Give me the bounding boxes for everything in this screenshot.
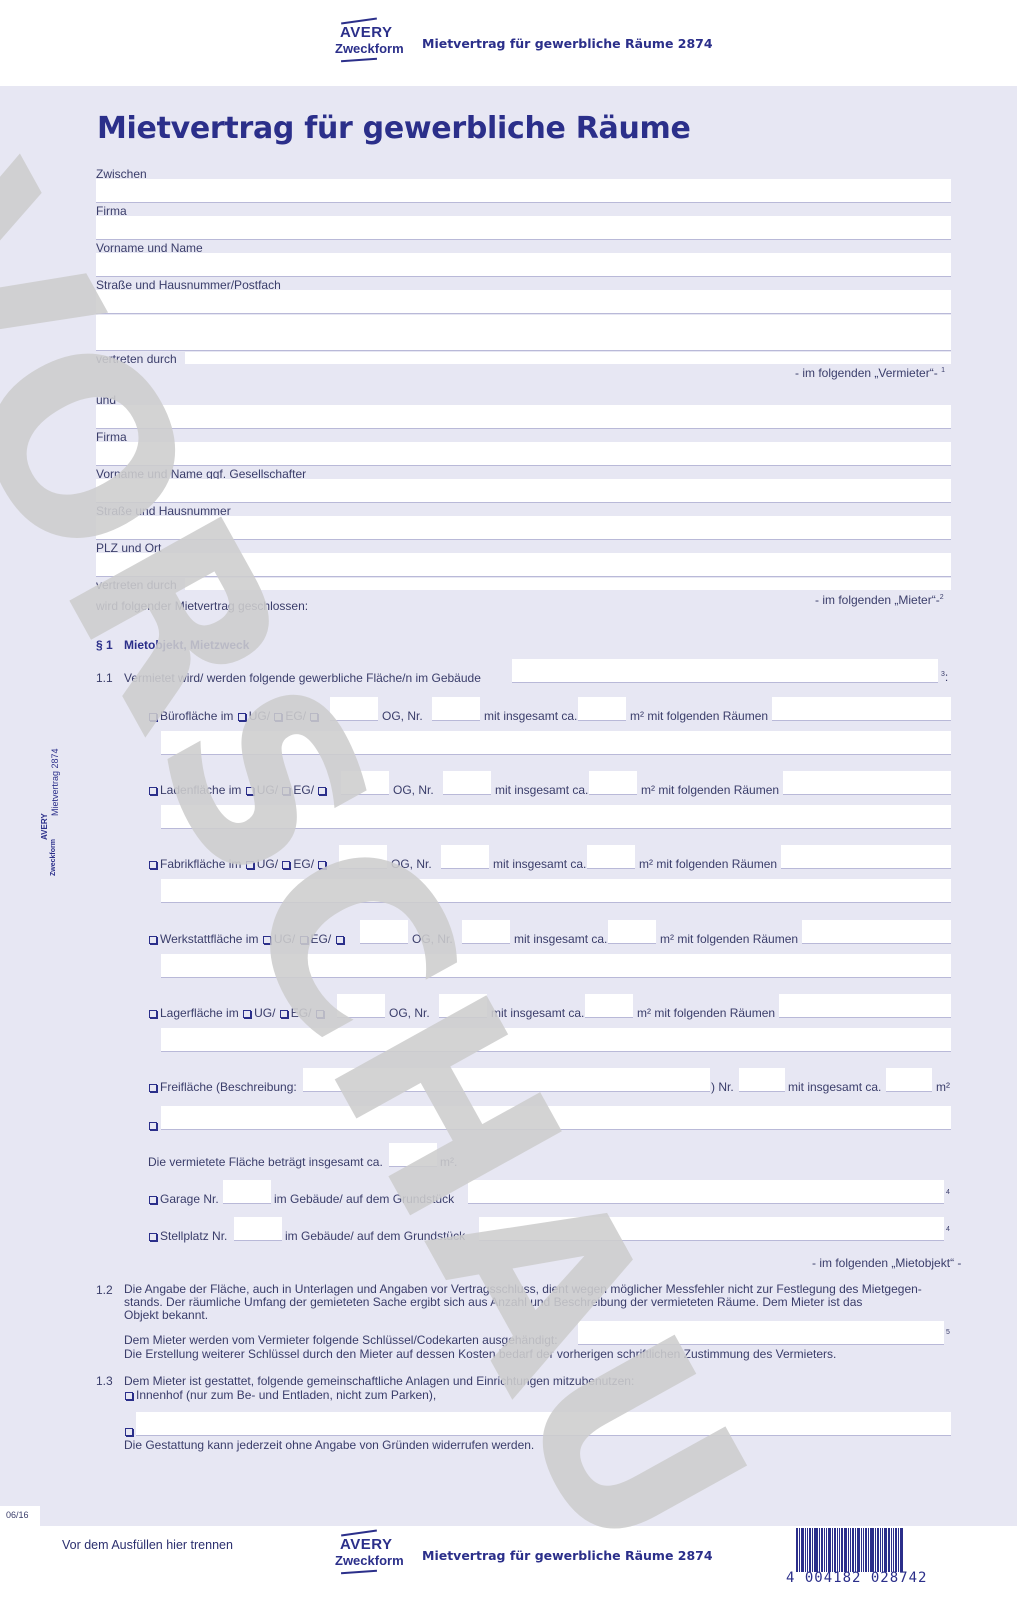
other-facility-field[interactable] [136, 1412, 951, 1436]
landlord-represented-field[interactable] [185, 352, 951, 364]
og-checkbox[interactable] [310, 713, 318, 721]
eg-checkbox[interactable] [282, 787, 290, 795]
unit-nr-field[interactable] [432, 697, 480, 721]
free-area-nr-field[interactable] [739, 1068, 785, 1092]
label-tenant-represented: vertreten durch [96, 578, 177, 592]
cut-note: Vor dem Ausfüllen hier trennen [62, 1538, 233, 1552]
parking-footnote: 4 [946, 1225, 950, 1239]
tenant-represented-field[interactable] [185, 578, 951, 590]
object-note: - im folgenden „Mietobjekt“ - [812, 1256, 961, 1270]
courtyard-checkbox[interactable] [125, 1392, 133, 1400]
eg-checkbox[interactable] [274, 713, 282, 721]
parking-checkbox[interactable] [149, 1233, 157, 1241]
other-area-field[interactable] [161, 1106, 951, 1130]
rooms-label: m² mit folgenden Räumen [630, 709, 768, 723]
size-field[interactable] [587, 845, 635, 869]
rooms-label: m² mit folgenden Räumen [641, 783, 779, 797]
total-area-unit: m². [440, 1155, 457, 1169]
side-brand-label: AVERY Zweckform Mietvertrag 2874 [38, 740, 78, 880]
rooms-field[interactable] [783, 771, 951, 795]
og-checkbox[interactable] [318, 861, 326, 869]
area-type-checkbox[interactable] [149, 787, 157, 795]
p1-2-number: 1.2 [96, 1283, 113, 1297]
parking-location-label: im Gebäude/ auf dem Grundstück [285, 1229, 465, 1243]
ug-checkbox[interactable] [263, 936, 271, 944]
barcode-bars [796, 1528, 903, 1572]
rooms-extra-field[interactable] [161, 731, 951, 755]
ug-checkbox[interactable] [246, 861, 254, 869]
parking-nr-field[interactable] [234, 1217, 282, 1241]
total-label: mit insgesamt ca. [484, 709, 577, 723]
rooms-extra-field[interactable] [161, 1028, 951, 1052]
barcode: 4 004182 028742 [786, 1528, 966, 1586]
avery-zweckform-logo: AVERY Zweckform [333, 18, 413, 64]
barcode-number: 4 004182 028742 [786, 1570, 927, 1586]
unit-nr-field[interactable] [443, 771, 491, 795]
landlord-name-field[interactable] [96, 253, 951, 277]
area-type-checkbox[interactable] [149, 1010, 157, 1018]
parking-option: Stellplatz Nr. [148, 1229, 227, 1243]
rooms-label: m² mit folgenden Räumen [660, 932, 798, 946]
edition-date: 06/16 [0, 1506, 40, 1526]
area-type-option: Lagerfläche im UG/ EG/ [148, 1006, 327, 1020]
keys-note: Die Erstellung weiterer Schlüssel durch … [124, 1347, 836, 1361]
og-nr-label: OG, Nr. [412, 932, 453, 946]
keys-footnote: 5 [946, 1328, 950, 1342]
tenant-city-field[interactable] [96, 553, 951, 577]
eg-checkbox[interactable] [282, 861, 290, 869]
size-field[interactable] [589, 771, 637, 795]
free-area-nr-label: ) Nr. [711, 1080, 734, 1094]
ug-checkbox[interactable] [246, 787, 254, 795]
tenant-company-field[interactable] [96, 442, 951, 466]
tenant-name-field[interactable] [96, 479, 951, 503]
other-facility-checkbox[interactable] [125, 1428, 133, 1436]
p1-2-text: Die Angabe der Fläche, auch in Unterlage… [124, 1283, 922, 1322]
footer-product-title: Mietvertrag für gewerbliche Räume 2874 [422, 1548, 713, 1563]
floor-field[interactable] [339, 845, 387, 869]
area-type-option: Fabrikfläche im UG/ EG/ [148, 857, 329, 871]
area-type-checkbox[interactable] [149, 936, 157, 944]
tenant-and-field[interactable] [96, 405, 951, 429]
rooms-extra-field[interactable] [161, 805, 951, 829]
size-field[interactable] [578, 697, 626, 721]
label-landlord-represented: vertreten durch [96, 352, 177, 366]
og-checkbox[interactable] [318, 787, 326, 795]
free-area-checkbox[interactable] [149, 1084, 157, 1092]
rooms-field[interactable] [772, 697, 951, 721]
rooms-field[interactable] [781, 845, 951, 869]
area-type-option: Werkstattfläche im UG/ EG/ [148, 932, 347, 946]
landlord-company-field[interactable] [96, 216, 951, 240]
og-nr-label: OG, Nr. [391, 857, 432, 871]
side-product-label: Mietvertrag 2874 [50, 748, 60, 816]
landlord-between-field[interactable] [96, 179, 951, 203]
side-logo: AVERY [40, 813, 49, 840]
footer-logo: AVERY Zweckform [333, 1530, 413, 1576]
garage-location-field[interactable] [468, 1180, 944, 1204]
section-1-heading: Mietobjekt, Mietzweck [124, 638, 249, 652]
side-logo-sub: Zweckform [50, 839, 57, 876]
og-checkbox[interactable] [336, 936, 344, 944]
rooms-label: m² mit folgenden Räumen [639, 857, 777, 871]
free-area-unit: m² [936, 1080, 950, 1094]
courtyard-option: Innenhof (nur zum Be- und Entladen, nich… [124, 1388, 436, 1402]
rooms-field[interactable] [779, 994, 951, 1018]
garage-checkbox[interactable] [149, 1196, 157, 1204]
floor-field[interactable] [337, 994, 385, 1018]
eg-checkbox[interactable] [280, 1010, 288, 1018]
keys-field[interactable] [578, 1321, 944, 1345]
eg-checkbox[interactable] [300, 936, 308, 944]
area-type-checkbox[interactable] [149, 861, 157, 869]
total-label: mit insgesamt ca. [514, 932, 607, 946]
garage-location-label: im Gebäude/ auf dem Grundstück [274, 1192, 454, 1206]
section-1-number: § 1 [96, 638, 113, 652]
product-title: Mietvertrag für gewerbliche Räume 2874 [422, 36, 713, 51]
parking-location-field[interactable] [479, 1217, 944, 1241]
free-area-description-field[interactable] [303, 1068, 710, 1092]
rooms-field[interactable] [802, 920, 951, 944]
ug-checkbox[interactable] [243, 1010, 251, 1018]
area-type-option: Ladenfläche im UG/ EG/ [148, 783, 329, 797]
unit-nr-field[interactable] [462, 920, 510, 944]
rooms-label: m² mit folgenden Räumen [637, 1006, 775, 1020]
og-nr-label: OG, Nr. [389, 1006, 430, 1020]
og-nr-label: OG, Nr. [382, 709, 423, 723]
p1-1-text: Vermietet wird/ werden folgende gewerbli… [124, 671, 481, 685]
building-field[interactable] [512, 659, 938, 683]
other-facility-option [124, 1424, 136, 1438]
unit-nr-field[interactable] [441, 845, 489, 869]
total-area-label: Die vermietete Fläche beträgt insgesamt … [148, 1155, 383, 1169]
rooms-extra-field[interactable] [161, 879, 951, 903]
total-label: mit insgesamt ca. [495, 783, 588, 797]
og-checkbox[interactable] [316, 1010, 324, 1018]
ug-checkbox[interactable] [238, 713, 246, 721]
size-field[interactable] [608, 920, 656, 944]
p1-3-number: 1.3 [96, 1374, 113, 1388]
area-type-option: Bürofläche im UG/ EG/ [148, 709, 321, 723]
total-area-field[interactable] [389, 1143, 437, 1167]
tenant-street-field[interactable] [96, 516, 951, 540]
tenant-role-note: - im folgenden „Mieter“-2 [815, 593, 944, 607]
landlord-role-note: - im folgenden „Vermieter“- 1 [795, 366, 945, 380]
floor-field[interactable] [330, 697, 378, 721]
size-field[interactable] [585, 994, 633, 1018]
landlord-street-field[interactable] [96, 290, 951, 314]
total-label: mit insgesamt ca. [493, 857, 586, 871]
garage-option: Garage Nr. [148, 1192, 219, 1206]
area-type-checkbox[interactable] [149, 713, 157, 721]
free-area-size-field[interactable] [886, 1068, 932, 1092]
p1-1-number: 1.1 [96, 671, 113, 685]
garage-nr-field[interactable] [223, 1180, 271, 1204]
revocation-note: Die Gestattung kann jederzeit ohne Angab… [124, 1438, 534, 1452]
free-area-option: Freifläche (Beschreibung: [148, 1080, 297, 1094]
unit-nr-field[interactable] [439, 994, 487, 1018]
floor-field[interactable] [341, 771, 389, 795]
top-brand-bar: AVERY Zweckform Mietvertrag für gewerbli… [0, 0, 1017, 86]
other-area-option [148, 1118, 160, 1132]
total-label: mit insgesamt ca. [491, 1006, 584, 1020]
garage-footnote: 4 [946, 1188, 950, 1202]
free-area-total-label: mit insgesamt ca. [788, 1080, 881, 1094]
page-title: Mietvertrag für gewerbliche Räume [97, 111, 691, 146]
p1-1-footnote: 3: [941, 670, 948, 684]
rooms-extra-field[interactable] [161, 954, 951, 978]
p1-3-text: Dem Mieter ist gestattet, folgende gemei… [124, 1374, 634, 1388]
other-area-checkbox[interactable] [149, 1122, 157, 1130]
contract-intro: wird folgender Mietvertrag geschlossen: [96, 599, 308, 613]
og-nr-label: OG, Nr. [393, 783, 434, 797]
floor-field[interactable] [360, 920, 408, 944]
landlord-address-extra-field[interactable] [96, 315, 951, 351]
keys-label: Dem Mieter werden vom Vermieter folgende… [124, 1333, 558, 1347]
